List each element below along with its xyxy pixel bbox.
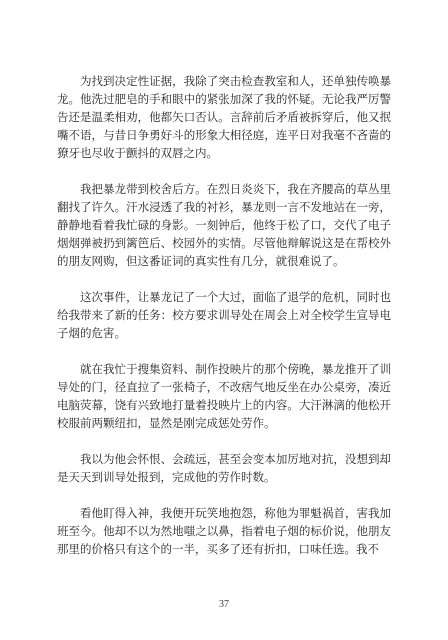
paragraph: 这次事件，让暴龙记了一个大过，面临了退学的危机，同时也给我带来了新的任务：校方要… bbox=[57, 289, 391, 343]
page-number: 37 bbox=[0, 599, 448, 610]
paragraph: 看他盯得入神，我便开玩笑地抱怨，称他为罪魁祸首，害我加班至今。他却不以为然地嗤之… bbox=[57, 505, 391, 559]
body-text: 为找到决定性证据，我除了突击检查教室和人，还单独传唤暴龙。他洗过肥皂的手和眼中的… bbox=[57, 73, 391, 577]
document-page: 为找到决定性证据，我除了突击检查教室和人，还单独传唤暴龙。他洗过肥皂的手和眼中的… bbox=[0, 0, 448, 640]
paragraph: 我把暴龙带到校舍后方。在烈日炎炎下，我在齐腰高的草丛里翻找了许久。汗水浸透了我的… bbox=[57, 181, 391, 271]
paragraph: 就在我忙于搜集资料、制作投映片的那个傍晚，暴龙推开了训导处的门，径直拉了一张椅子… bbox=[57, 361, 391, 433]
paragraph: 为找到决定性证据，我除了突击检查教室和人，还单独传唤暴龙。他洗过肥皂的手和眼中的… bbox=[57, 73, 391, 163]
paragraph: 我以为他会怀恨、会疏远，甚至会变本加厉地对抗，没想到却是天天到训导处报到，完成他… bbox=[57, 451, 391, 487]
